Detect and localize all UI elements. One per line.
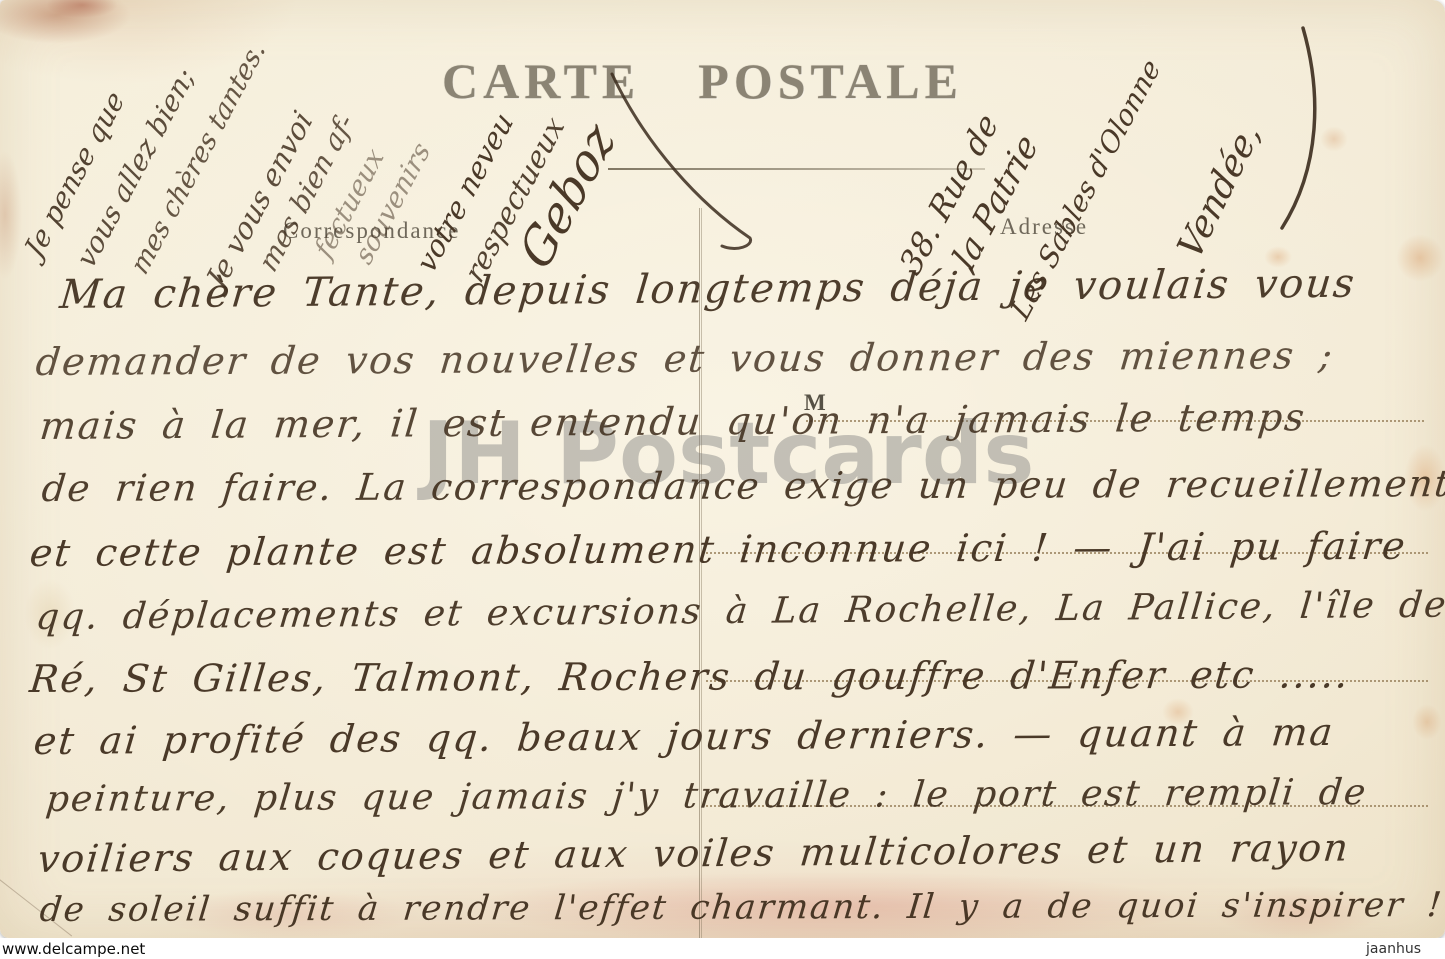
handwritten-body-line: voiliers aux coques et aux voiles multic… <box>36 826 1352 881</box>
handwritten-body-line: Ré, St Gilles, Talmont, Rochers du gouff… <box>28 652 1352 701</box>
title-word-postale: POSTALE <box>698 52 963 110</box>
handwritten-address-line: Vendée, <box>1171 115 1269 267</box>
scan-background: CARTE POSTALE Correspondance Adresse M J… <box>0 0 1445 959</box>
watermark-delcampe: www.delcampe.net <box>2 940 145 958</box>
stain <box>0 0 132 44</box>
divider-line <box>699 208 702 938</box>
handwritten-body-line: mais à la mer, il est entendu qu'on n'a … <box>38 395 1308 448</box>
handwritten-body-line: qq. déplacements et excursions à La Roch… <box>34 585 1445 638</box>
scan-strip: www.delcampe.net jaanhus <box>0 938 1445 959</box>
handwritten-body-line: demander de vos nouvelles et vous donner… <box>34 333 1336 384</box>
postcard-title: CARTE POSTALE <box>442 52 963 110</box>
watermark-jaanhus: jaanhus <box>1366 941 1421 957</box>
title-word-carte: CARTE <box>442 52 640 110</box>
stain <box>0 150 22 280</box>
handwritten-body-line: et ai profité des qq. beaux jours dernie… <box>32 710 1337 763</box>
handwritten-body-line: de soleil suffit à rendre l'effet charma… <box>38 885 1445 930</box>
stain <box>1412 704 1442 740</box>
postcard-back: CARTE POSTALE Correspondance Adresse M J… <box>0 0 1445 938</box>
handwritten-body-line: Ma chère Tante, depuis longtemps déjà je… <box>58 261 1358 318</box>
stain <box>1396 234 1444 282</box>
stain <box>46 0 118 18</box>
title-rule <box>608 168 985 170</box>
address-flourish <box>1282 28 1315 228</box>
handwritten-body-line: et cette plante est absolument inconnue … <box>28 524 1409 575</box>
handwritten-body-line: peinture, plus que jamais j'y travaille … <box>44 772 1369 820</box>
stain <box>1320 126 1348 152</box>
handwritten-body-line: de rien faire. La correspondance exige u… <box>40 462 1445 510</box>
